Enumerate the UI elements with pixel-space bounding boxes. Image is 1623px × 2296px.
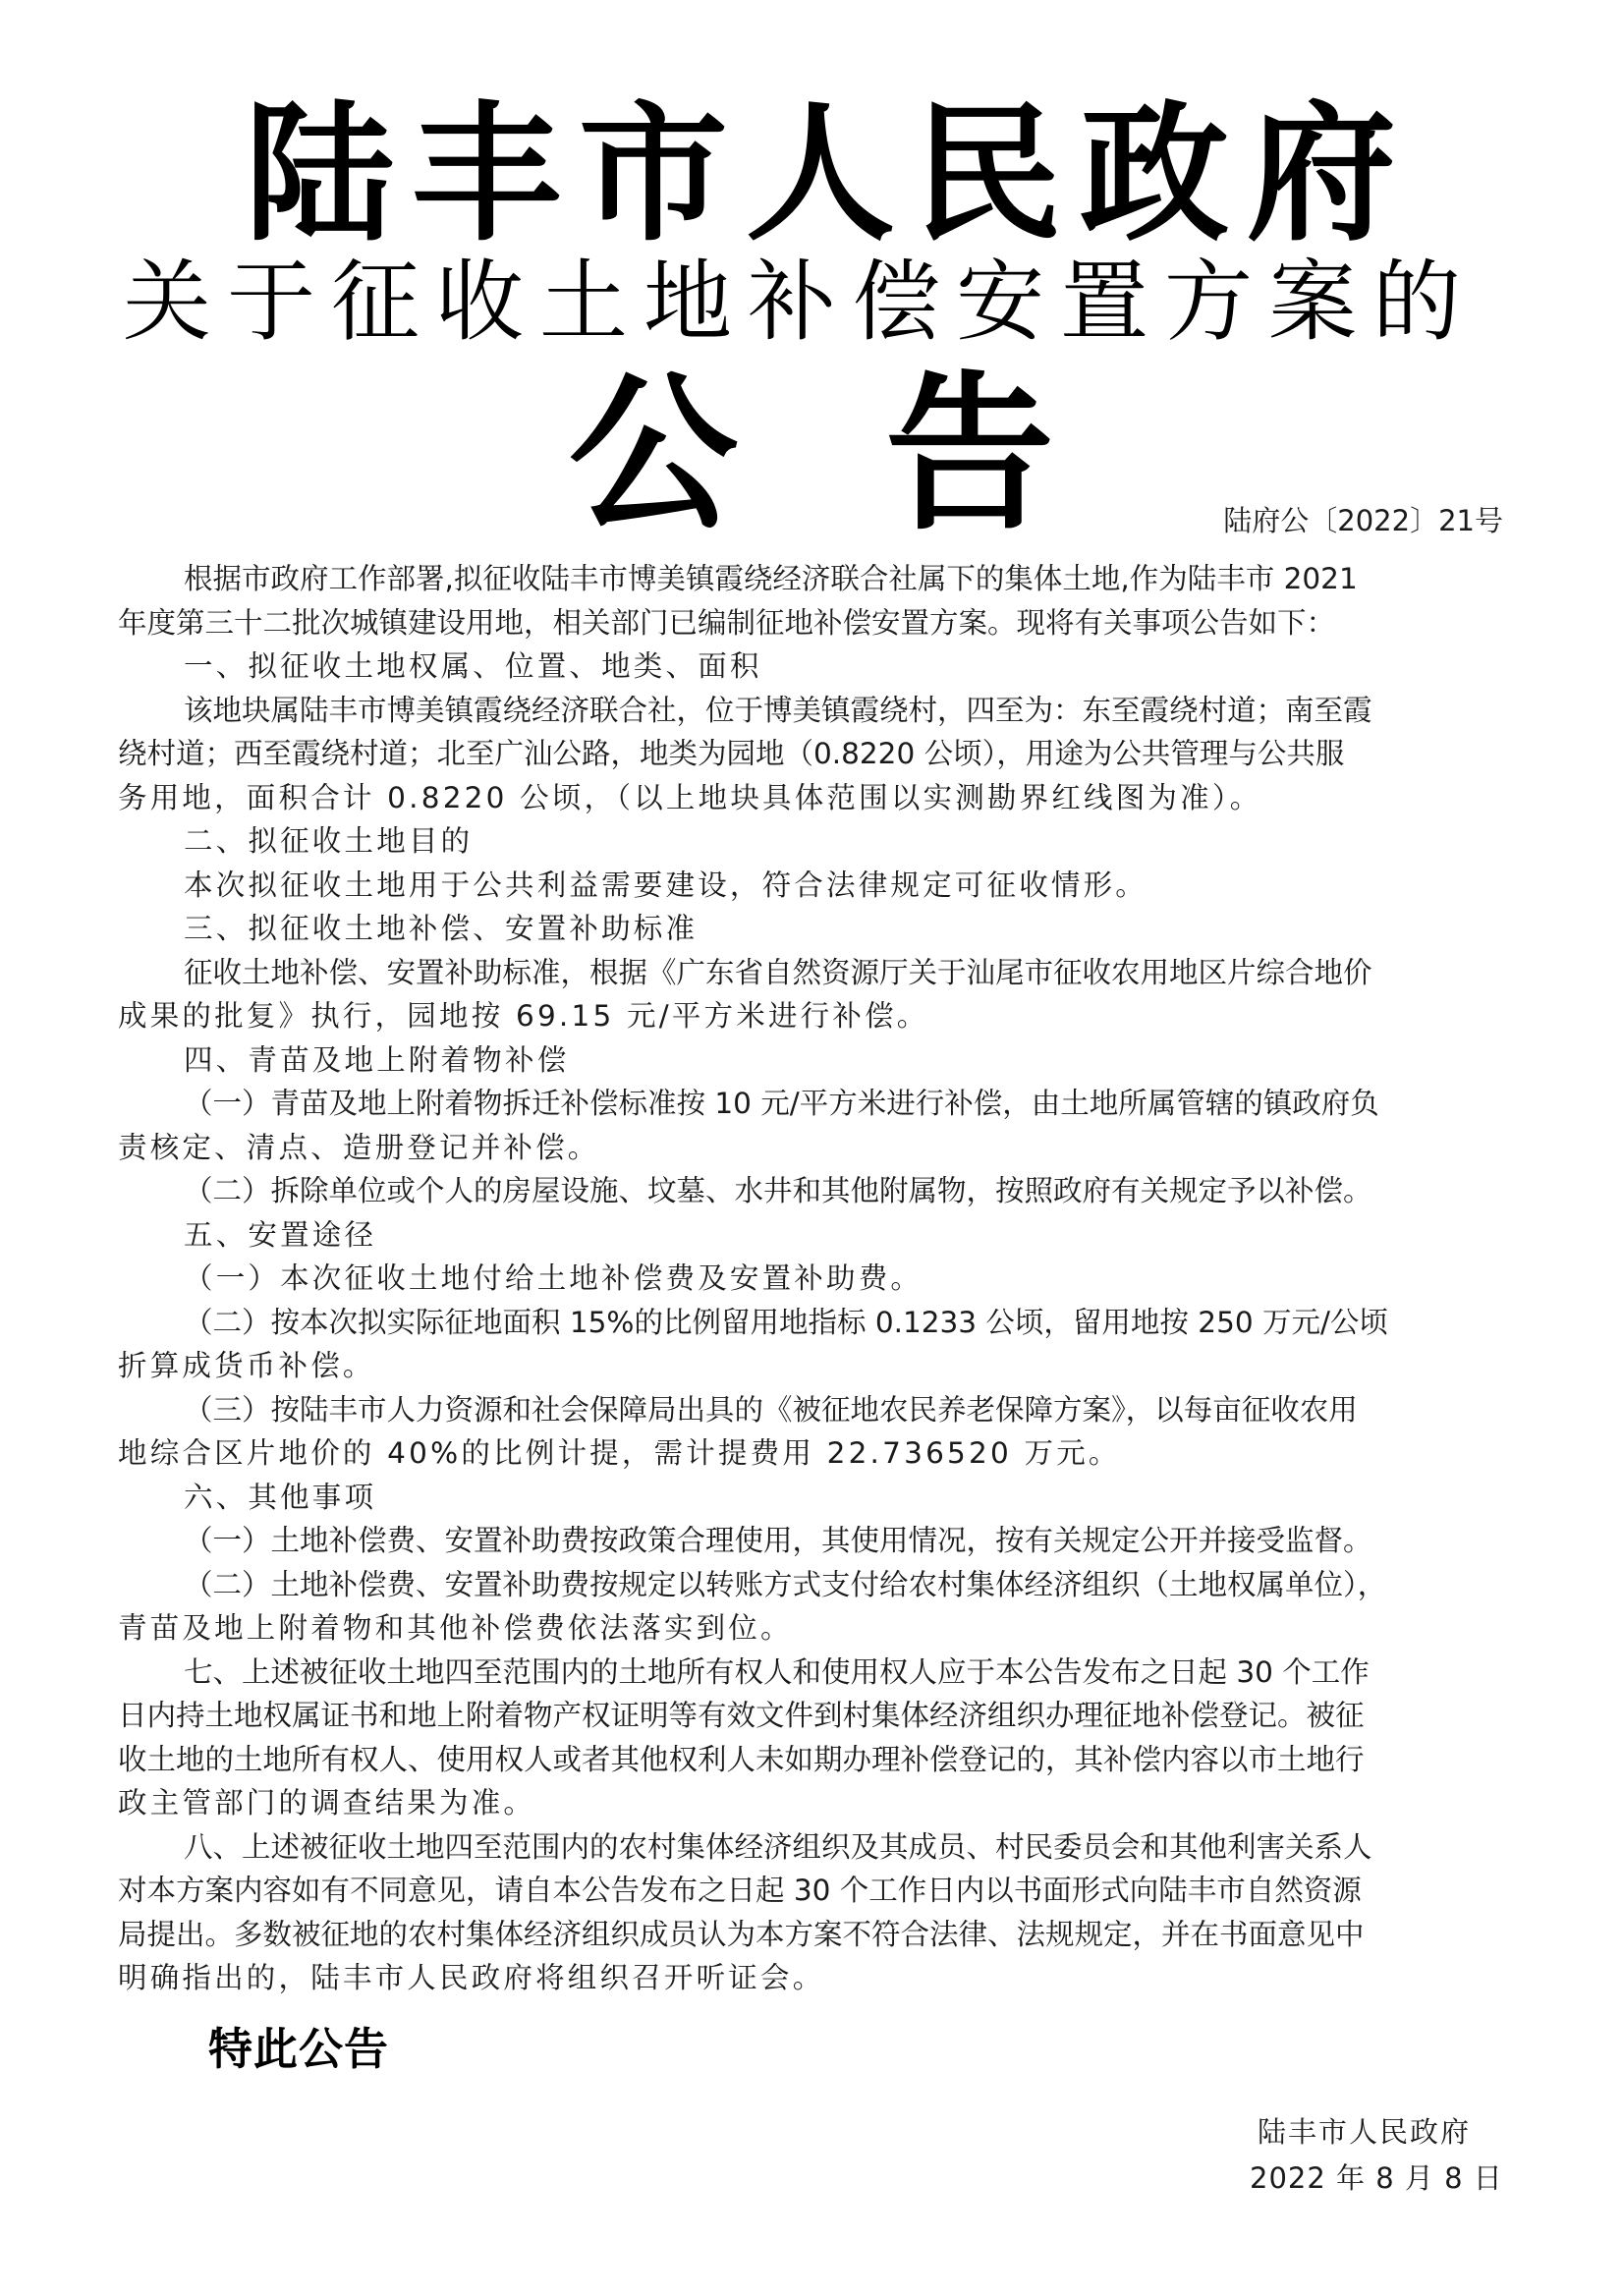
- body-text-line: 收土地的土地所有权人、使用权人或者其他权利人未如期办理补偿登记的，其补偿内容以市…: [118, 1738, 1507, 1781]
- body-text-line: 政主管部门的调查结果为准。: [118, 1781, 1507, 1824]
- signature-date: 2022 年 8 月 8 日: [1250, 2158, 1503, 2198]
- body-text-line: 该地块属陆丰市博美镇霞绕经济联合社，位于博美镇霞绕村，四至为：东至霞绕村道；南至…: [184, 689, 1507, 732]
- body-text-line: （二）按本次拟实际征地面积 15%的比例留用地指标 0.1233 公顷，留用地按…: [184, 1301, 1507, 1344]
- body-text-line: 对本方案内容如有不同意见，请自本公告发布之日起 30 个工作日内以书面形式向陆丰…: [118, 1869, 1507, 1912]
- body-text-line: 日内持土地权属证书和地上附着物产权证明等有效文件到村集体经济组织办理征地补偿登记…: [118, 1694, 1507, 1737]
- body-text-line: （三）按陆丰市人力资源和社会保障局出具的《被征地农民养老保障方案》，以每亩征收农…: [184, 1388, 1507, 1431]
- body-text-line: 地综合区片地价的 40%的比例计提，需计提费用 22.736520 万元。: [118, 1431, 1507, 1475]
- body-text-line: （二）土地补偿费、安置补助费按规定以转账方式支付给农村集体经济组织（土地权属单位…: [184, 1563, 1507, 1606]
- body-text-line: 根据市政府工作部署,拟征收陆丰市博美镇霞绕经济联合社属下的集体土地,作为陆丰市 …: [184, 557, 1507, 600]
- body-text-line: 五、安置途径: [184, 1213, 1507, 1257]
- document-type-char-1: 公: [569, 356, 738, 552]
- subject-title: 关于征收土地补偿安置方案的: [0, 251, 1611, 355]
- signature-organization: 陆丰市人民政府: [1258, 2112, 1471, 2152]
- body-text-line: 年度第三十二批次城镇建设用地，相关部门已编制征地补偿安置方案。现将有关事项公告如…: [118, 601, 1507, 644]
- body-text-line: 责核定、清点、造册登记并补偿。: [118, 1126, 1507, 1169]
- body-text-line: 三、拟征收土地补偿、安置补助标准: [184, 907, 1507, 950]
- body-text-line: 八、上述被征收土地四至范围内的农村集体经济组织及其成员、村民委员会和其他利害关系…: [184, 1825, 1507, 1869]
- body-text-line: 二、拟征收土地目的: [184, 819, 1507, 863]
- body-text-line: 局提出。多数被征地的农村集体经济组织成员认为本方案不符合法律、法规规定，并在书面…: [118, 1913, 1507, 1956]
- body-text-line: （一）青苗及地上附着物拆迁补偿标准按 10 元/平方米进行补偿，由土地所属管辖的…: [184, 1082, 1507, 1125]
- body-text-line: 绕村道；西至霞绕村道；北至广汕公路，地类为园地（0.8220 公顷），用途为公共…: [118, 732, 1507, 775]
- issuer-title: 陆丰市人民政府: [0, 90, 1623, 257]
- body-text-line: 本次拟征收土地用于公共利益需要建设，符合法律规定可征收情形。: [184, 864, 1507, 907]
- document-type-char-2: 告: [885, 356, 1054, 552]
- body-text-line: （一）本次征收土地付给土地补偿费及安置补助费。: [184, 1257, 1507, 1300]
- body-text-line: 折算成货币补偿。: [118, 1344, 1507, 1387]
- document-number: 陆府公〔2022〕21号: [1223, 501, 1503, 540]
- body-text-line: 成果的批复》执行，园地按 69.15 元/平方米进行补偿。: [118, 994, 1507, 1037]
- body-text-line: 四、青苗及地上附着物补偿: [184, 1038, 1507, 1082]
- body-text-line: （二）拆除单位或个人的房屋设施、坟墓、水井和其他附属物，按照政府有关规定予以补偿…: [184, 1169, 1507, 1212]
- body-text-line: 一、拟征收土地权属、位置、地类、面积: [184, 644, 1507, 688]
- body-text-line: 征收土地补偿、安置补助标准，根据《广东省自然资源厅关于汕尾市征收农用地区片综合地…: [184, 951, 1507, 994]
- notice-document: 陆丰市人民政府 关于征收土地补偿安置方案的 公告 陆府公〔2022〕21号 根据…: [0, 0, 1623, 2296]
- body-text-line: 七、上述被征收土地四至范围内的土地所有权人和使用权人应于本公告发布之日起 30 …: [184, 1651, 1507, 1694]
- body-text-line: 六、其他事项: [184, 1476, 1507, 1519]
- body-text-line: （一）土地补偿费、安置补助费按政策合理使用，其使用情况，按有关规定公开并接受监督…: [184, 1519, 1507, 1562]
- body-text-line: 明确指出的，陆丰市人民政府将组织召开听证会。: [118, 1956, 1507, 1999]
- body-text-line: 青苗及地上附着物和其他补偿费依法落实到位。: [118, 1606, 1507, 1650]
- body-text-line: 务用地，面积合计 0.8220 公顷，（以上地块具体范围以实测勘界红线图为准）。: [118, 776, 1507, 819]
- closing-statement: 特此公告: [208, 2022, 389, 2077]
